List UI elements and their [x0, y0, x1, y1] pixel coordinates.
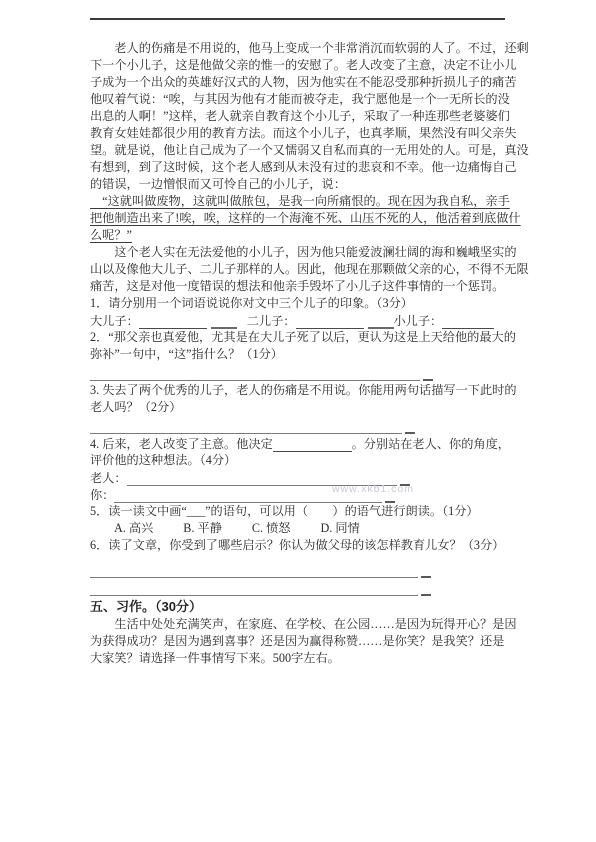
page-top-rule: [90, 18, 505, 20]
question-6-text: 6．读了文章，你受到了哪些启示？你认为做父母的该怎样教育儿女？（3分）: [90, 537, 510, 554]
question-4-oldman-answer-row: 老人：: [90, 469, 510, 486]
answer-blank-tail: [421, 566, 431, 578]
passage-line: 痛苦，这是对他一度错误的想法和他亲手毁坏了小儿子这件事情的一个惩罚。: [90, 278, 510, 295]
question-2-text-line2: 弥补”一句中，“这”指什么？（1分）: [90, 346, 510, 363]
question-6-answer-line-2: [90, 580, 510, 596]
passage-line: 有想到，到了这时候，这个老人感到从未没有过的悲哀和不幸。他一边痛悔自己: [90, 159, 510, 176]
question-1-text: 1．请分别用一个词语说说你对文中三个儿子的印象。（3分）: [90, 295, 510, 312]
answer-blank: [273, 439, 352, 452]
question-2-text-line1: 2．“那父亲也真爱他，尤其是在大儿子死了以后，更认为这是上天给他的最大的: [90, 329, 510, 346]
answer-blank: [90, 583, 418, 596]
quote-line: 么呢？”: [90, 227, 510, 244]
passage-paragraph-1: 老人的伤痛是不用说的，他马上变成一个非常消沉而软弱的人了。不过，还剩 下一个小儿…: [90, 40, 510, 193]
passage-paragraph-3: 这个老人实在无法爱他的小儿子，因为他只能爱波澜壮阔的海和巍峨坚实的 山以及像他大…: [90, 244, 510, 295]
label-second-son: 二儿子：: [247, 313, 296, 329]
answer-blank: [90, 368, 420, 381]
page-content: 老人的伤痛是不用说的，他马上变成一个非常消沉而软弱的人了。不过，还剩 下一个小儿…: [90, 40, 510, 667]
question-5-options: A. 高兴 B. 平静 C. 愤怒 D. 同情: [90, 520, 510, 537]
question-1-answer-row: 大儿子： 二儿子： 小儿子：: [90, 312, 510, 329]
question-6-answer-line-1: [90, 562, 510, 578]
writing-prompt-line: 大家笑？请选择一件事情写下来。500字左右。: [90, 650, 510, 667]
question-3-text-line2: 老人吗？（2分）: [90, 399, 510, 416]
answer-blank: [442, 316, 494, 329]
writing-prompt-line: 为获得成功？是因为遇到喜事？还是因为赢得称赞……是你笑？是我笑？还是: [90, 633, 510, 650]
answer-blank-tail: [421, 584, 431, 596]
option-c: C. 愤怒: [252, 520, 291, 537]
passage-line: 下一个小儿子，这是他做父亲的惟一的安慰了。老人改变了主意，决定不让小儿: [90, 57, 510, 74]
watermark-text: www.xkb1.com: [332, 483, 414, 495]
passage-line: 的错误，一边憎恨而又可怜自己的小儿子，说：: [90, 176, 510, 193]
section-writing-heading: 五、习作。（30分）: [90, 598, 510, 616]
answer-blank: [296, 316, 364, 329]
passage-line: 教育女娃娃都很少用的教育方法。而这个小儿子，也真孝顺，果然没有叫父亲失: [90, 125, 510, 142]
answer-blank: [90, 565, 418, 578]
passage-line: 他叹着气说：“唉，与其因为他有才能而被夺走，我宁愿他是一个一无所长的没: [90, 91, 510, 108]
question-3-text-line1: 3. 失去了两个优秀的儿子，老人的伤痛是不用说。你能用两句话描写一下此时的: [90, 382, 510, 399]
label-youngest-son: 小儿子：: [394, 313, 443, 329]
answer-blank-tail: [423, 369, 433, 381]
passage-line: 望。就是说，他让自己成为了一个又懦弱又自私而真的一无用处的人。可是，真没: [90, 142, 510, 159]
quote-line: 把他制造出来了!唉，唉，这样的一个海淹不死、山压不死的人，他活着到底做什: [90, 210, 510, 227]
question-4-suffix: 。分别站在老人、你的角度，: [352, 436, 510, 452]
answer-blank: [139, 316, 207, 329]
question-4-you-answer-row: 你：: [90, 486, 510, 503]
question-4-text-line2: 评价他的这种想法。（4分）: [90, 452, 510, 469]
answer-blank: [90, 421, 402, 434]
answer-blank-tail: [405, 422, 415, 434]
exam-paper-page: 老人的伤痛是不用说的，他马上变成一个非常消沉而软弱的人了。不过，还剩 下一个小儿…: [0, 0, 596, 842]
label-old-man: 老人：: [90, 470, 127, 486]
passage-line: 老人的伤痛是不用说的，他马上变成一个非常消沉而软弱的人了。不过，还剩: [90, 40, 510, 57]
label-eldest-son: 大儿子：: [90, 313, 139, 329]
passage-quote-paragraph: “这就叫做废物，这就叫做脓包，是我一向所痛恨的。现在因为我自私，亲手 把他制造出…: [90, 193, 510, 244]
passage-line: 山以及像他大儿子、二儿子那样的人。因此，他现在那颗做父亲的心，不得不无限: [90, 261, 510, 278]
answer-blank: [211, 317, 237, 329]
quote-line: “这就叫做废物，这就叫做脓包，是我一向所痛恨的。现在因为我自私，亲手: [90, 193, 510, 210]
writing-prompt-line: 生活中处处充满笑声，在家庭、在学校、在公园……是因为玩得开心？是因: [90, 616, 510, 633]
option-a: A. 高兴: [114, 520, 153, 537]
question-5-text: 5．读一读文中画“___”的语句，可以用（ ）的语气进行朗读。（1分）: [90, 503, 510, 520]
label-you: 你：: [90, 487, 114, 503]
answer-blank: [368, 317, 394, 329]
question-4-prefix: 4. 后来，老人改变了主意。他决定: [90, 436, 273, 452]
option-b: B. 平静: [183, 520, 222, 537]
question-4-text-line1: 4. 后来，老人改变了主意。他决定 。分别站在老人、你的角度，: [90, 435, 510, 452]
question-3-answer-line: [90, 418, 510, 434]
option-d: D. 同情: [321, 520, 360, 537]
passage-line: 出息的人啊！”这样，老人就亲自教育这个小儿子，采取了一种连那些老婆婆们: [90, 108, 510, 125]
question-2-answer-line: [90, 365, 510, 381]
passage-line: 子成为一个出众的英雄好汉式的人物，因为他实在不能忍受那种折损儿子的痛苦: [90, 74, 510, 91]
writing-prompt: 生活中处处充满笑声，在家庭、在学校、在公园……是因为玩得开心？是因 为获得成功？…: [90, 616, 510, 667]
passage-line: 这个老人实在无法爱他的小儿子，因为他只能爱波澜壮阔的海和巍峨坚实的: [90, 244, 510, 261]
